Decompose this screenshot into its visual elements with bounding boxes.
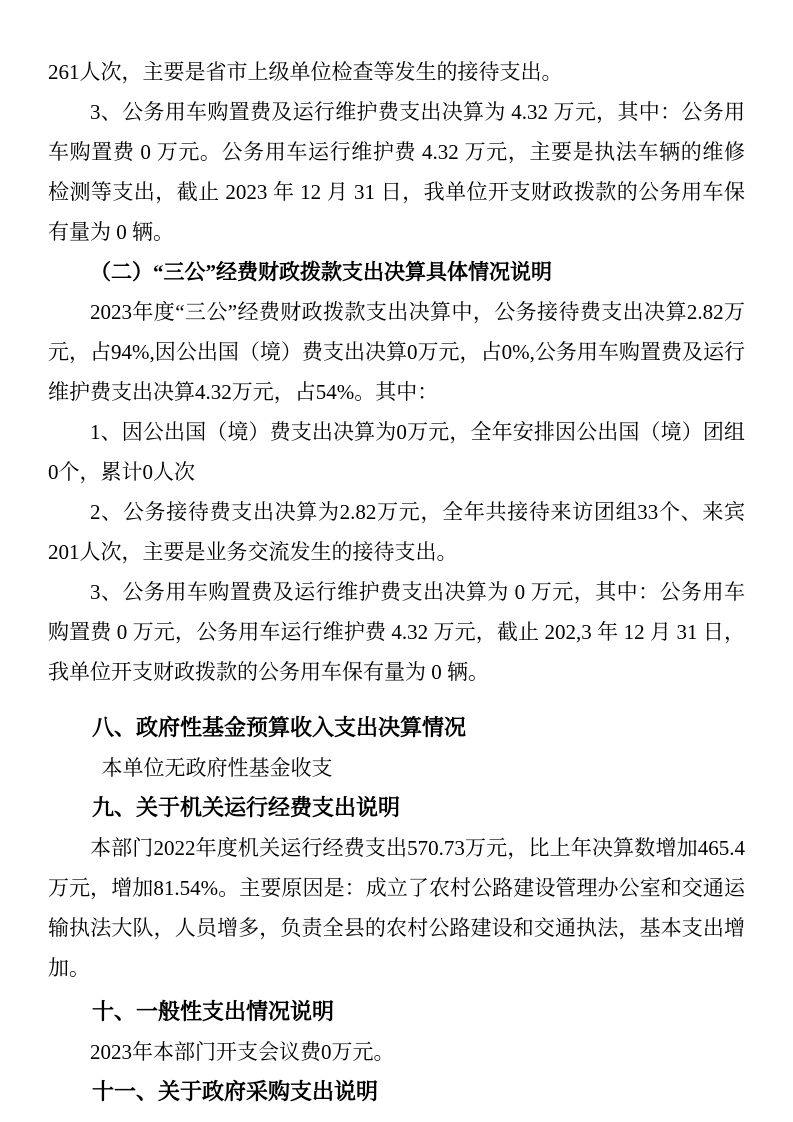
document-page: 261人次，主要是省市上级单位检查等发生的接待支出。3、公务用车购置费及运行维护… [0, 0, 793, 1122]
paragraph: 1、因公出国（境）费支出决算为0万元，全年安排因公出国（境）团组0个，累计0人次 [48, 412, 745, 492]
section-heading: 八、政府性基金预算收入支出决算情况 [48, 708, 745, 748]
paragraph: 2023年度“三公”经费财政拨款支出决算中，公务接待费支出决算2.82万元，占9… [48, 292, 745, 412]
paragraph: 3、公务用车购置费及运行维护费支出决算为 4.32 万元，其中：公务用车购置费 … [48, 92, 745, 252]
document-content: 261人次，主要是省市上级单位检查等发生的接待支出。3、公务用车购置费及运行维护… [48, 52, 745, 1112]
section-heading: 十、一般性支出情况说明 [48, 992, 745, 1032]
paragraph: 本部门2022年度机关运行经费支出570.73万元，比上年决算数增加465.4万… [48, 828, 745, 988]
section-heading: 十一、关于政府采购支出说明 [48, 1072, 745, 1112]
section-heading: （二）“三公”经费财政拨款支出决算具体情况说明 [48, 252, 745, 292]
paragraph: 2023年本部门开支会议费0万元。 [48, 1032, 745, 1072]
paragraph: 3、公务用车购置费及运行维护费支出决算为 0 万元，其中：公务用车购置费 0 万… [48, 572, 745, 692]
paragraph: 2、公务接待费支出决算为2.82万元，全年共接待来访团组33个、来宾201人次，… [48, 492, 745, 572]
section-heading: 九、关于机关运行经费支出说明 [48, 788, 745, 828]
paragraph: 261人次，主要是省市上级单位检查等发生的接待支出。 [48, 52, 745, 92]
paragraph: 本单位无政府性基金收支 [48, 748, 745, 788]
